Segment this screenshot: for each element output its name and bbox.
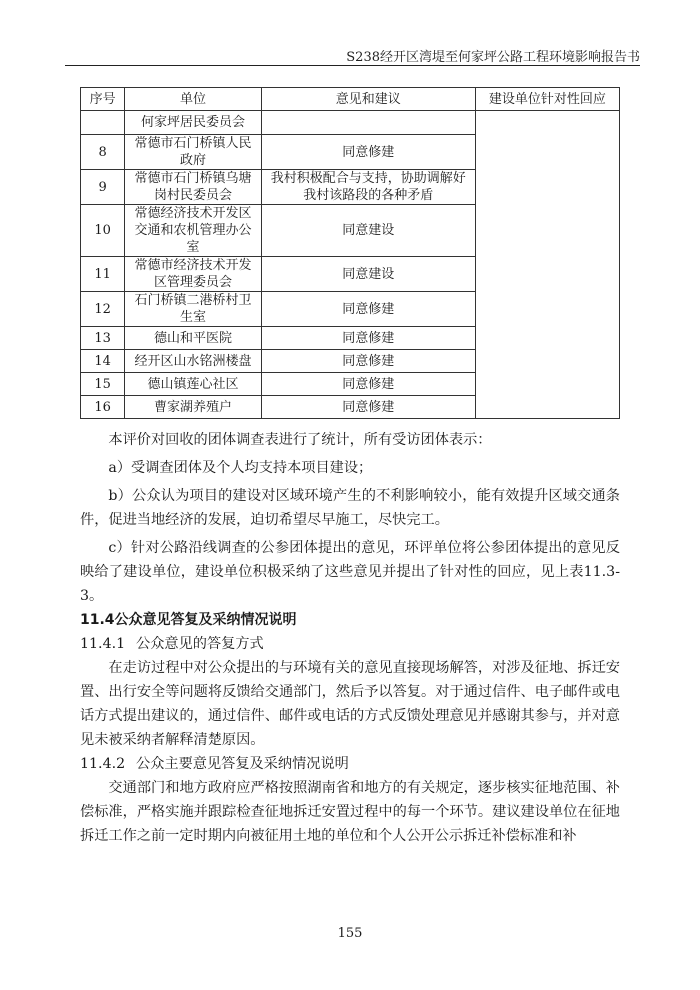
row-opinion: 同意修建 — [261, 292, 475, 327]
section-heading-11-4-1: 11.4.1公众意见的答复方式 — [80, 632, 620, 656]
row-unit: 德山镇莲心社区 — [125, 373, 262, 396]
paragraph-survey-summary: 本评价对回收的团体调查表进行了统计，所有受访团体表示： — [80, 428, 620, 452]
row-number — [81, 111, 125, 135]
row-unit: 经开区山水铭洲楼盘 — [125, 350, 262, 373]
row-opinion: 同意修建 — [261, 350, 475, 373]
paragraph-point-a: a）受调查团体及个人均支持本项目建设； — [80, 456, 620, 480]
section-number: 11.4.2 — [80, 752, 136, 776]
header-divider — [65, 65, 640, 66]
body-text: 本评价对回收的团体调查表进行了统计，所有受访团体表示： a）受调查团体及个人均支… — [80, 428, 620, 848]
column-header-unit: 单位 — [125, 88, 262, 111]
paragraph-reply-adoption: 交通部门和地方政府应严格按照湖南省和地方的有关规定，逐步核实征地范围、补偿标准，… — [80, 776, 620, 848]
row-number: 9 — [81, 170, 125, 205]
row-opinion: 同意修建 — [261, 373, 475, 396]
column-header-number: 序号 — [81, 88, 125, 111]
row-opinion: 同意建设 — [261, 205, 475, 257]
column-header-response: 建设单位针对性回应 — [475, 88, 619, 111]
opinion-response-table: 序号 单位 意见和建议 建设单位针对性回应 何家坪居民委员会 8 常德市石门桥镇… — [80, 87, 620, 419]
row-number: 15 — [81, 373, 125, 396]
row-unit: 石门桥镇二港桥村卫生室 — [125, 292, 262, 327]
section-number: 11.4.1 — [80, 632, 136, 656]
row-unit: 德山和平医院 — [125, 327, 262, 350]
row-opinion: 同意修建 — [261, 327, 475, 350]
section-heading-11-4: 11.4公众意见答复及采纳情况说明 — [80, 608, 620, 632]
document-title: S238经开区湾堤至何家坪公路工程环境影响报告书 — [346, 46, 640, 65]
row-unit: 常德市石门桥镇人民政府 — [125, 135, 262, 170]
paragraph-reply-method: 在走访过程中对公众提出的与环境有关的意见直接现场解答，对涉及征地、拆迁安置、出行… — [80, 656, 620, 752]
page-number: 155 — [0, 926, 700, 941]
row-unit: 常德经济技术开发区交通和农机管理办公室 — [125, 205, 262, 257]
section-title: 公众意见的答复方式 — [136, 636, 264, 652]
row-number: 16 — [81, 396, 125, 419]
table-row: 何家坪居民委员会 — [81, 111, 620, 135]
row-unit: 何家坪居民委员会 — [125, 111, 262, 135]
column-header-opinion: 意见和建议 — [261, 88, 475, 111]
row-unit: 常德市经济技术开发区管理委员会 — [125, 257, 262, 292]
response-cell — [475, 111, 619, 419]
row-number: 14 — [81, 350, 125, 373]
row-opinion — [261, 111, 475, 135]
row-number: 12 — [81, 292, 125, 327]
row-number: 8 — [81, 135, 125, 170]
row-opinion: 同意修建 — [261, 135, 475, 170]
paragraph-point-b: b）公众认为项目的建设对区域环境产生的不利影响较小，能有效提升区域交通条件，促进… — [80, 484, 620, 532]
table-header-row: 序号 单位 意见和建议 建设单位针对性回应 — [81, 88, 620, 111]
row-unit: 曹家湖养殖户 — [125, 396, 262, 419]
row-number: 13 — [81, 327, 125, 350]
section-heading-11-4-2: 11.4.2公众主要意见答复及采纳情况说明 — [80, 752, 620, 776]
row-opinion: 同意建设 — [261, 257, 475, 292]
section-title: 公众主要意见答复及采纳情况说明 — [136, 756, 349, 772]
row-opinion: 同意修建 — [261, 396, 475, 419]
row-number: 10 — [81, 205, 125, 257]
row-number: 11 — [81, 257, 125, 292]
row-opinion: 我村积极配合与支持，协助调解好我村该路段的各种矛盾 — [261, 170, 475, 205]
row-unit: 常德市石门桥镇乌塘岗村民委员会 — [125, 170, 262, 205]
paragraph-point-c: c）针对公路沿线调查的公参团体提出的意见，环评单位将公参团体提出的意见反映给了建… — [80, 536, 620, 608]
